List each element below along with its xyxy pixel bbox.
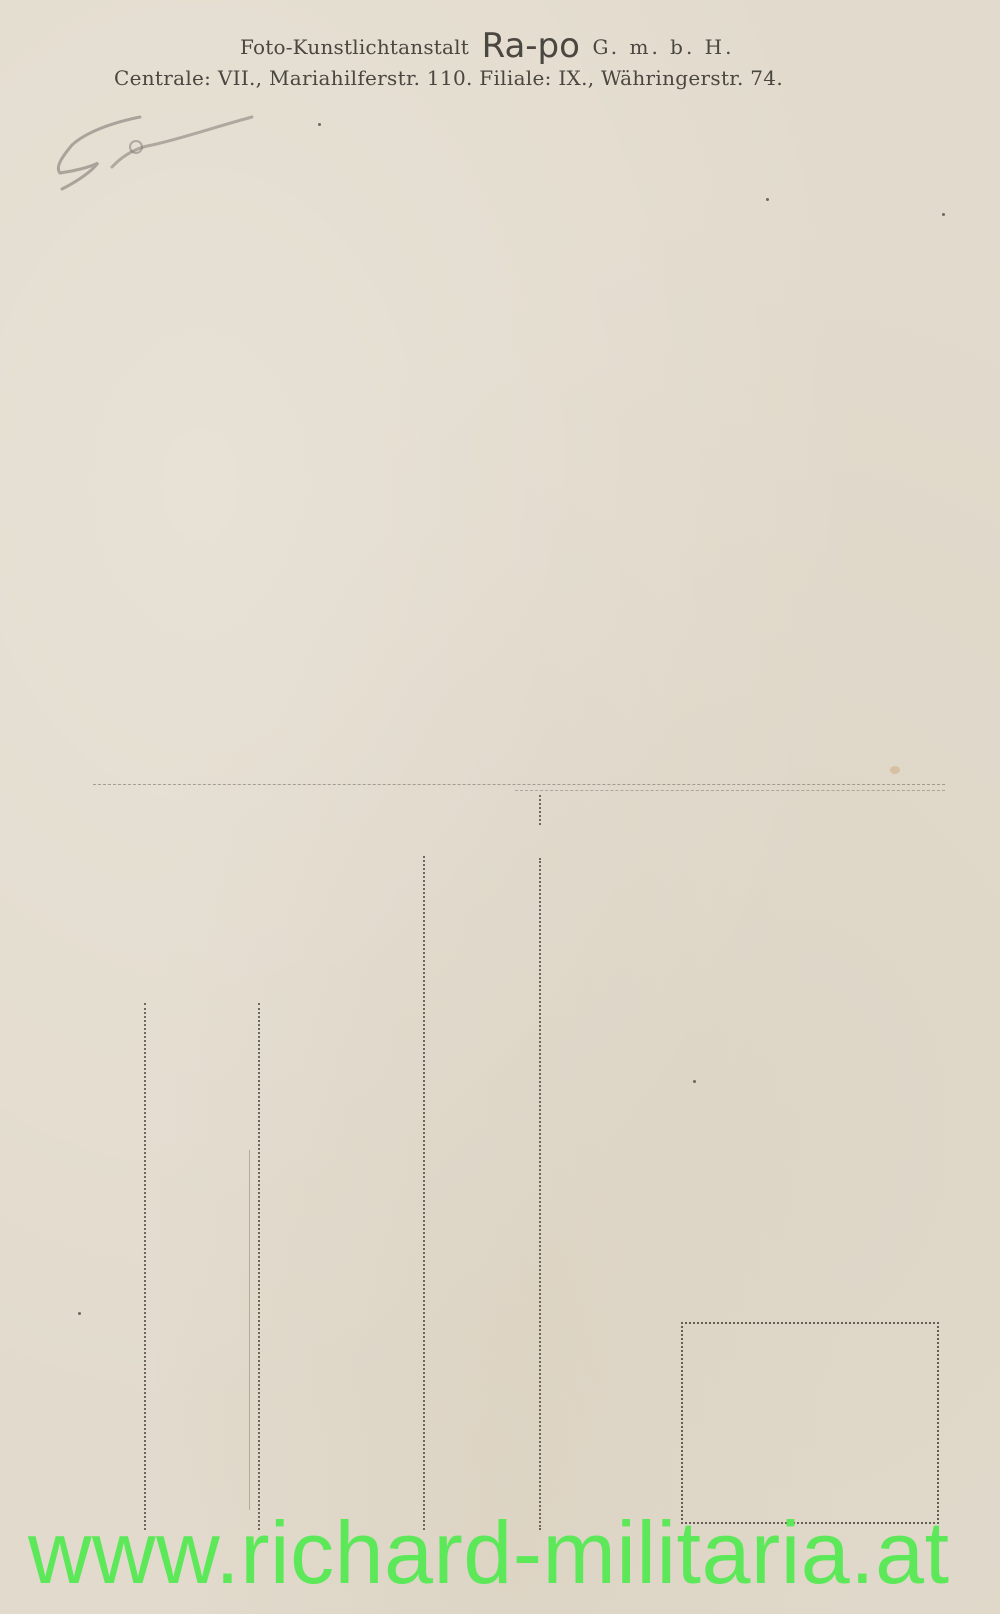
imprint-prefix: Foto-Kunstlichtanstalt <box>240 35 469 59</box>
speck <box>693 1080 696 1083</box>
address-line-4 <box>539 858 541 1530</box>
company-form: G. m. b. H. <box>593 35 735 59</box>
pencil-scribble-icon <box>40 105 260 195</box>
divider-line <box>93 784 945 785</box>
stamp-box <box>681 1322 939 1524</box>
address-line-2 <box>258 1003 260 1530</box>
address-line-4-top <box>539 795 541 825</box>
imprint-line-1: Foto-Kunstlichtanstalt Ra-po G. m. b. H. <box>240 26 734 66</box>
speck <box>318 123 321 126</box>
address-line-1 <box>144 1003 146 1530</box>
speck <box>942 213 945 216</box>
divider-line-secondary <box>515 790 945 791</box>
speck <box>78 1312 81 1315</box>
address-line-3 <box>423 856 425 1530</box>
paper-stain <box>890 766 900 774</box>
imprint-addresses: Centrale: VII., Mariahilferstr. 110. Fil… <box>114 66 783 90</box>
speck <box>766 198 769 201</box>
watermark-url: www.richard-militaria.at <box>28 1508 950 1598</box>
postcard-back: Foto-Kunstlichtanstalt Ra-po G. m. b. H.… <box>0 0 1000 1614</box>
brand-name: Ra-po <box>482 26 580 66</box>
faint-ruled-line <box>249 1150 250 1510</box>
